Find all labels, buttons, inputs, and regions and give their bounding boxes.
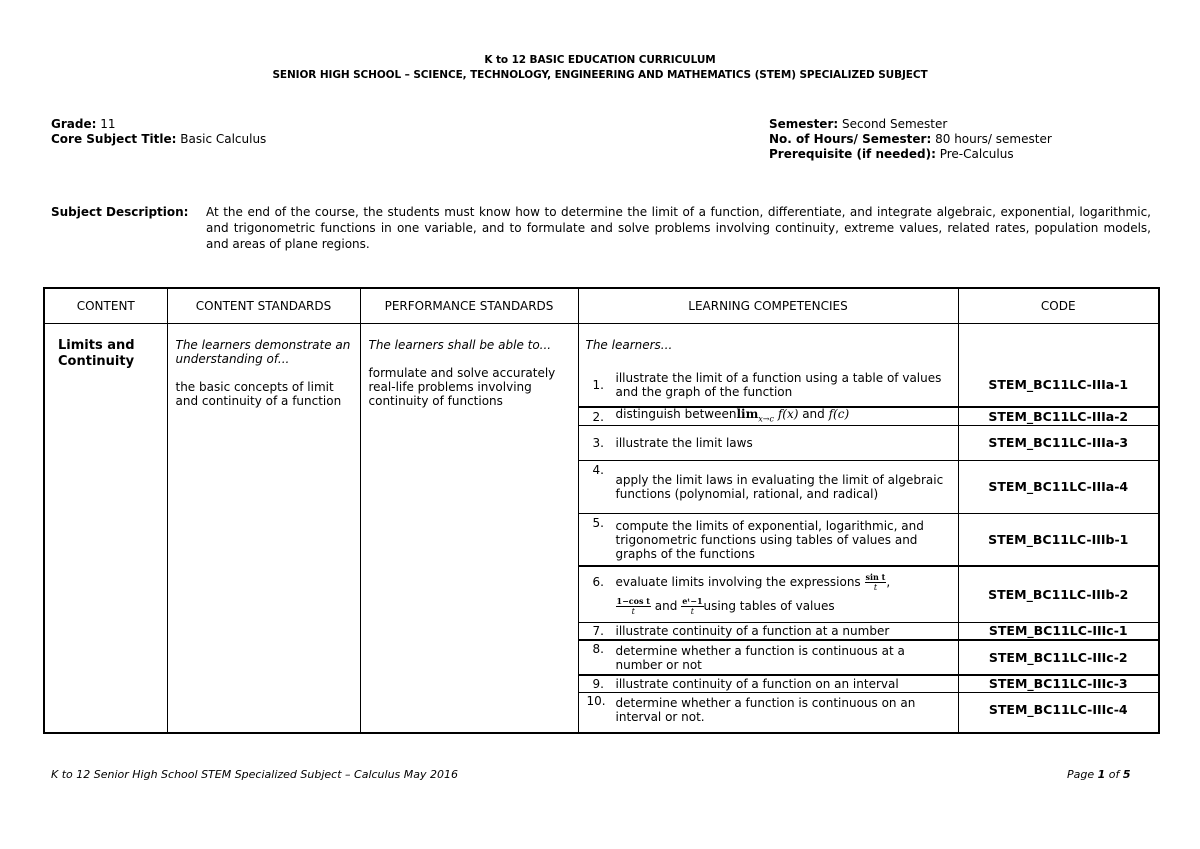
- page-total: 5: [1123, 768, 1131, 781]
- code-3: STEM_BC11LC-IIIa-3: [959, 425, 1159, 460]
- fraction-denominator: t: [681, 607, 703, 616]
- competency-4: 4. apply the limit laws in evaluating th…: [579, 460, 958, 513]
- description-label: Subject Description:: [51, 204, 188, 220]
- code-4: STEM_BC11LC-IIIa-4: [959, 460, 1159, 513]
- fraction-1-cos-t: 1−cos tt: [616, 597, 651, 616]
- competency-text: evaluate limits involving the expression…: [616, 567, 958, 622]
- competency-5: 5. compute the limits of exponential, lo…: [579, 513, 958, 565]
- competency-number: 6.: [579, 567, 616, 622]
- footer-page-number: Page 1 of 5: [1067, 768, 1131, 781]
- code-6: STEM_BC11LC-IIIb-2: [959, 565, 1159, 622]
- competency-number: 7.: [579, 624, 616, 638]
- fraction-denominator: t: [616, 607, 651, 616]
- page-word: Page: [1067, 768, 1094, 781]
- competency-text-pre: evaluate limits involving the expression…: [616, 575, 861, 589]
- competency-text: distinguish betweenlimx→c f(x) and f(c): [616, 407, 958, 426]
- subject-line: Core Subject Title: Basic Calculus: [51, 132, 266, 147]
- meta-left: Grade: 11 Core Subject Title: Basic Calc…: [51, 117, 266, 147]
- competency-number: 4.: [579, 461, 616, 477]
- prereq-label: Prerequisite (if needed):: [769, 147, 936, 161]
- performance-standards-cell: The learners shall be able to... formula…: [360, 324, 578, 734]
- header-learning-competencies: LEARNING COMPETENCIES: [578, 288, 958, 324]
- header-code: CODE: [958, 288, 1159, 324]
- grade-value: 11: [100, 117, 115, 131]
- content-topic: Limits and Continuity: [45, 324, 167, 370]
- competency-3: 3. illustrate the limit laws: [579, 425, 958, 460]
- competency-text: determine whether a function is continuo…: [616, 644, 958, 672]
- competency-text: illustrate the limit laws: [616, 436, 958, 450]
- semester-value: Second Semester: [842, 117, 947, 131]
- lim-symbol: lim: [736, 407, 758, 421]
- page-of: of: [1109, 768, 1120, 781]
- code-2: STEM_BC11LC-IIIa-2: [959, 406, 1159, 425]
- code-7: STEM_BC11LC-IIIc-1: [959, 622, 1159, 639]
- competency-number: 8.: [579, 641, 616, 656]
- table-header-row: CONTENT CONTENT STANDARDS PERFORMANCE ST…: [44, 288, 1159, 324]
- header-performance-standards: PERFORMANCE STANDARDS: [360, 288, 578, 324]
- hours-line: No. of Hours/ Semester: 80 hours/ semest…: [769, 132, 1052, 147]
- hours-value: 80 hours/ semester: [935, 132, 1052, 146]
- prereq-line: Prerequisite (if needed): Pre-Calculus: [769, 147, 1052, 162]
- competency-text: illustrate continuity of a function at a…: [616, 624, 958, 638]
- hours-label: No. of Hours/ Semester:: [769, 132, 931, 146]
- competency-text-and: and: [655, 599, 678, 613]
- performance-standards-intro: The learners shall be able to...: [369, 338, 570, 352]
- competency-text: determine whether a function is continuo…: [616, 696, 958, 724]
- code-8: STEM_BC11LC-IIIc-2: [959, 639, 1159, 674]
- curriculum-subtitle: SENIOR HIGH SCHOOL – SCIENCE, TECHNOLOGY…: [0, 69, 1200, 81]
- competency-number: 2.: [579, 410, 616, 424]
- competency-text-mid: and: [798, 407, 828, 421]
- meta-right: Semester: Second Semester No. of Hours/ …: [769, 117, 1052, 162]
- competency-text: illustrate continuity of a function on a…: [616, 677, 958, 691]
- competency-text-post: using tables of values: [704, 599, 835, 613]
- competency-2: 2. distinguish betweenlimx→c f(x) and f(…: [579, 406, 958, 425]
- code-9: STEM_BC11LC-IIIc-3: [959, 674, 1159, 692]
- competencies-intro: The learners...: [579, 324, 958, 364]
- competency-text-pre: distinguish between: [616, 407, 737, 421]
- description-text: At the end of the course, the students m…: [206, 204, 1151, 252]
- curriculum-title: K to 12 BASIC EDUCATION CURRICULUM: [0, 54, 1200, 66]
- competency-text: apply the limit laws in evaluating the l…: [616, 473, 958, 501]
- competency-number: 1.: [579, 378, 616, 392]
- subject-value: Basic Calculus: [180, 132, 266, 146]
- table-row: Limits and Continuity The learners demon…: [44, 324, 1159, 734]
- content-standards-intro: The learners demonstrate an understandin…: [176, 338, 352, 366]
- competency-7: 7. illustrate continuity of a function a…: [579, 622, 958, 639]
- competency-text: illustrate the limit of a function using…: [616, 371, 958, 399]
- performance-standards-text: formulate and solve accurately real-life…: [369, 366, 570, 408]
- lim-subscript: x→c: [758, 414, 774, 423]
- header-content-standards: CONTENT STANDARDS: [167, 288, 360, 324]
- fx-symbol: f(x): [774, 407, 798, 421]
- fraction-denominator: t: [865, 583, 887, 592]
- competency-9: 9. illustrate continuity of a function o…: [579, 674, 958, 692]
- competency-number: 5.: [579, 514, 616, 530]
- fraction-numerator: eᵗ−1: [681, 597, 703, 607]
- footer-document-title: K to 12 Senior High School STEM Speciali…: [51, 768, 458, 781]
- competency-number: 3.: [579, 436, 616, 450]
- grade-line: Grade: 11: [51, 117, 266, 132]
- content-standards-text: the basic concepts of limit and continui…: [176, 380, 352, 408]
- curriculum-table: CONTENT CONTENT STANDARDS PERFORMANCE ST…: [43, 287, 1160, 734]
- subject-description: Subject Description: At the end of the c…: [51, 204, 1151, 252]
- competency-number: 9.: [579, 677, 616, 691]
- header-content: CONTENT: [44, 288, 167, 324]
- code-5: STEM_BC11LC-IIIb-1: [959, 513, 1159, 565]
- fc-symbol: f(c): [829, 407, 850, 421]
- competency-8: 8. determine whether a function is conti…: [579, 639, 958, 674]
- competency-1: 1. illustrate the limit of a function us…: [579, 364, 958, 406]
- competency-6: 6. evaluate limits involving the express…: [579, 565, 958, 622]
- fraction-numerator: 1−cos t: [616, 597, 651, 607]
- competency-10: 10. determine whether a function is cont…: [579, 692, 958, 727]
- learning-competencies-cell: The learners... 1. illustrate the limit …: [578, 324, 958, 734]
- fraction-numerator: sin t: [865, 573, 887, 583]
- subject-label: Core Subject Title:: [51, 132, 176, 146]
- fraction-e-t-1: eᵗ−1t: [681, 597, 703, 616]
- code-10: STEM_BC11LC-IIIc-4: [959, 692, 1159, 727]
- competency-number: 10.: [579, 693, 616, 708]
- prereq-value: Pre-Calculus: [940, 147, 1014, 161]
- page-current: 1: [1098, 768, 1106, 781]
- fraction-sin-t: sin tt: [865, 573, 887, 592]
- semester-line: Semester: Second Semester: [769, 117, 1052, 132]
- code-cell: STEM_BC11LC-IIIa-1 STEM_BC11LC-IIIa-2 ST…: [958, 324, 1159, 734]
- content-cell: Limits and Continuity: [44, 324, 167, 734]
- competency-text: compute the limits of exponential, logar…: [616, 519, 958, 561]
- code-1: STEM_BC11LC-IIIa-1: [959, 364, 1159, 406]
- grade-label: Grade:: [51, 117, 96, 131]
- content-standards-cell: The learners demonstrate an understandin…: [167, 324, 360, 734]
- semester-label: Semester:: [769, 117, 838, 131]
